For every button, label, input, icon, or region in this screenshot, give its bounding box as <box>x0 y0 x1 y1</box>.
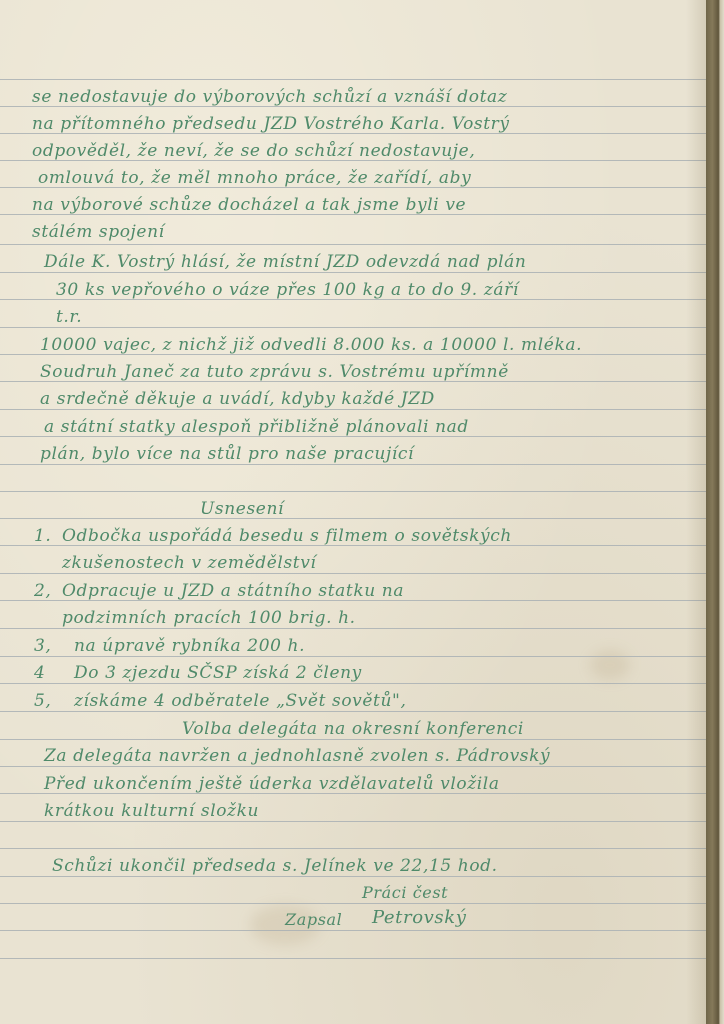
rule-line <box>0 491 706 492</box>
text-line: 10000 vajec, z nichž již odvedli 8.000 k… <box>40 335 582 355</box>
closing-greeting: Práci čest <box>362 883 448 903</box>
item-number: 4 <box>34 663 45 683</box>
text-line: omlouvá to, že měl mnoho práce, že zaříd… <box>38 168 471 188</box>
rule-line <box>0 573 706 574</box>
item-text: Odbočka uspořádá besedu s filmem o sovět… <box>62 526 512 546</box>
text-line: a státní statky alespoň přibližně plánov… <box>44 417 469 437</box>
text-line: krátkou kulturní složku <box>44 801 259 821</box>
closing-line: Schůzi ukončil předseda s. Jelínek ve 22… <box>52 856 498 876</box>
rule-line <box>0 79 706 80</box>
text-line: na výborové schůze docházel a tak jsme b… <box>32 195 466 215</box>
rule-line <box>0 711 706 712</box>
page-edge-shadow <box>686 0 706 1024</box>
item-text: Do 3 zjezdu SČSP získá 2 členy <box>74 663 362 683</box>
rule-line <box>0 848 706 849</box>
text-line: se nedostavuje do výborových schůzí a vz… <box>32 87 507 107</box>
item-continuation: podzimních pracích 100 brig. h. <box>62 608 356 628</box>
rule-line <box>0 464 706 465</box>
notebook-page: se nedostavuje do výborových schůzí a vz… <box>0 0 706 1024</box>
resolution-heading: Usnesení <box>200 499 284 519</box>
signature: Petrovský <box>372 908 467 928</box>
rule-line <box>0 766 706 767</box>
notebook-binding <box>706 0 724 1024</box>
rule-line <box>0 683 706 684</box>
rule-line <box>0 244 706 245</box>
item-number: 3, <box>34 636 51 656</box>
text-line: Za delegáta navržen a jednohlasně zvolen… <box>44 746 550 766</box>
text-line: Dále K. Vostrý hlásí, že místní JZD odev… <box>44 252 526 272</box>
rule-line <box>0 821 706 822</box>
item-text: na úpravě rybníka 200 h. <box>74 636 305 656</box>
text-line: plán, bylo více na stůl pro naše pracují… <box>40 444 414 464</box>
text-line: t.r. <box>56 307 82 327</box>
rule-line <box>0 876 706 877</box>
item-number: 2, <box>34 581 51 601</box>
rule-line <box>0 628 706 629</box>
text-line: Před ukončením ještě úderka vzdělavatelů… <box>44 774 500 794</box>
text-line: na přítomného předsedu JZD Vostrého Karl… <box>32 114 510 134</box>
rule-line <box>0 409 706 410</box>
paper-stain <box>590 650 630 680</box>
rule-line <box>0 327 706 328</box>
text-line: stálém spojení <box>32 222 165 242</box>
item-text: získáme 4 odběratele „Svět sovětů", <box>74 691 406 711</box>
rule-line <box>0 272 706 273</box>
text-line: Soudruh Janeč za tuto zprávu s. Vostrému… <box>40 362 509 382</box>
item-number: 5, <box>34 691 51 711</box>
item-number: 1. <box>34 526 51 546</box>
rule-line <box>0 930 706 931</box>
item-text: Odpracuje u JZD a státního statku na <box>62 581 404 601</box>
rule-line <box>0 518 706 519</box>
signature-label: Zapsal <box>285 910 342 930</box>
rule-line <box>0 958 706 959</box>
item-continuation: zkušenostech v zemědělství <box>62 553 316 573</box>
text-line: 30 ks vepřového o váze přes 100 kg a to … <box>56 280 519 300</box>
rule-line <box>0 739 706 740</box>
rule-line <box>0 656 706 657</box>
text-line: a srdečně děkuje a uvádí, kdyby každé JZ… <box>40 389 435 409</box>
rule-line <box>0 903 706 904</box>
delegate-heading: Volba delegáta na okresní konferenci <box>182 719 524 739</box>
text-line: odpověděl, že neví, že se do schůzí nedo… <box>32 141 475 161</box>
